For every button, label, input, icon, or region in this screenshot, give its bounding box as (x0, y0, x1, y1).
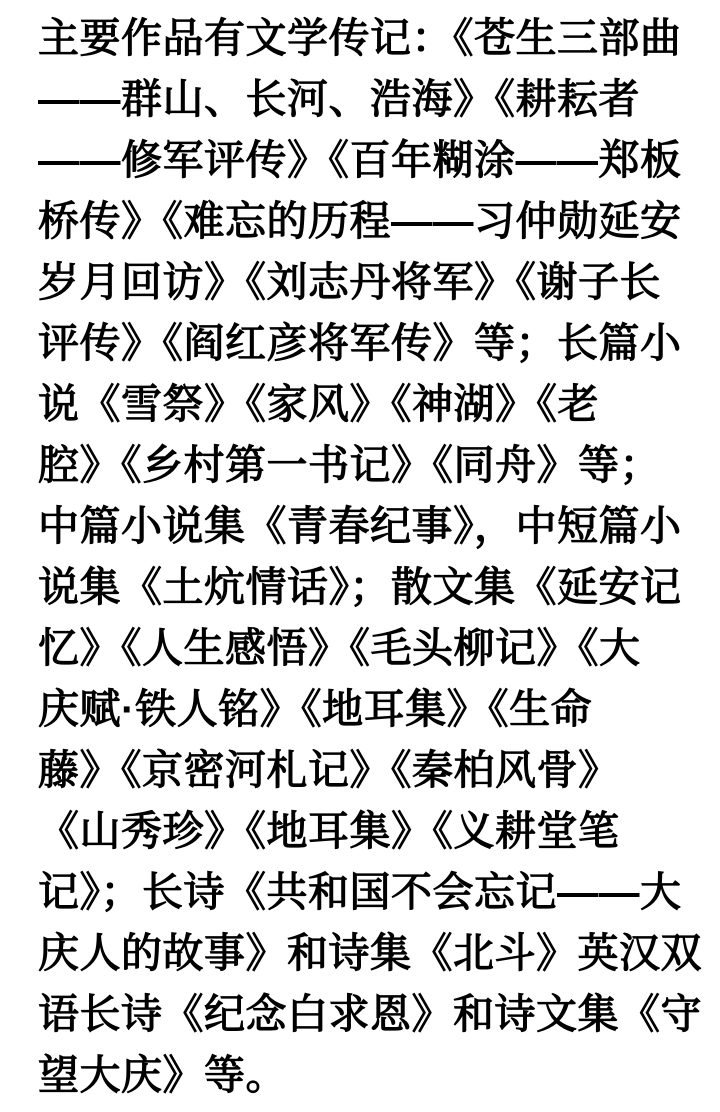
text-line: 中篇小说集《青春纪事》，中短篇小 (38, 496, 710, 557)
text-line: 岁月回访》《刘志丹将军》《谢子长 (38, 252, 710, 313)
text-line: 望大庆》等。 (38, 1045, 710, 1106)
text-line: 庆赋·铁人铭》《地耳集》《生命 (38, 679, 710, 740)
text-line: 桥传》《难忘的历程——习仲勋延安 (38, 191, 710, 252)
text-line: 《山秀珍》《地耳集》《义耕堂笔 (38, 801, 710, 862)
text-line: 藤》《京密河札记》《秦柏风骨》 (38, 740, 710, 801)
text-line: 忆》《人生感悟》《毛头柳记》《大 (38, 618, 710, 679)
text-line: ——群山、长河、浩海》《耕耘者 (38, 69, 710, 130)
text-line: 腔》《乡村第一书记》《同舟》等； (38, 435, 710, 496)
text-line: 说《雪祭》《家风》《神湖》《老 (38, 374, 710, 435)
text-block: 主要作品有文学传记：《苍生三部曲——群山、长河、浩海》《耕耘者——修军评传》《百… (0, 0, 720, 1112)
text-line: 记》；长诗《共和国不会忘记——大 (38, 862, 710, 923)
text-line: 评传》《阎红彦将军传》等；长篇小 (38, 313, 710, 374)
text-line: ——修军评传》《百年糊涂——郑板 (38, 130, 710, 191)
text-line: 语长诗《纪念白求恩》和诗文集《守 (38, 984, 710, 1045)
text-line: 说集《土炕情话》；散文集《延安记 (38, 557, 710, 618)
text-line: 主要作品有文学传记：《苍生三部曲 (38, 8, 710, 69)
text-line: 庆人的故事》和诗集《北斗》英汉双 (38, 923, 710, 984)
